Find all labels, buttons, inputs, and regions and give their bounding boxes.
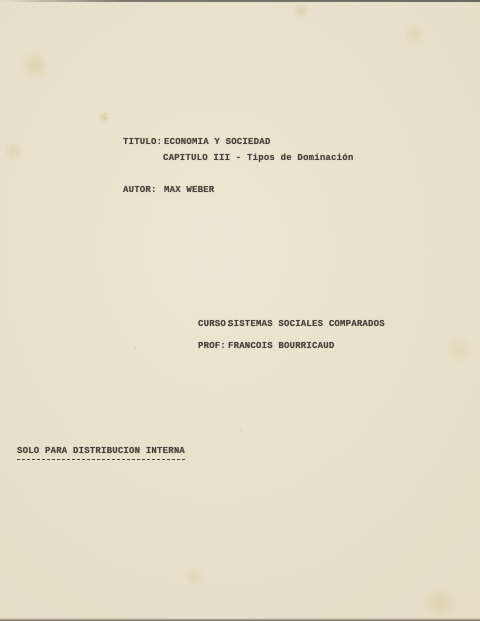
title-value: ECONOMIA Y SOCIEDAD [164, 137, 270, 148]
professor-label: PROF: [198, 341, 226, 352]
course-label: CURSO: [198, 319, 232, 330]
chapter-line: CAPITULO III - Tipos de Dominación [163, 153, 353, 164]
professor-value: FRANCOIS BOURRICAUD [228, 341, 334, 352]
title-label: TITULO: [123, 137, 162, 148]
distribution-notice: SOLO PARA DISTRIBUCION INTERNA [17, 446, 185, 460]
course-value: SISTEMAS SOCIALES COMPARADOS [228, 319, 385, 330]
paper-background [0, 0, 480, 621]
scanned-document: TITULO: ECONOMIA Y SOCIEDAD CAPITULO III… [0, 0, 480, 621]
author-value: MAX WEBER [164, 185, 214, 196]
scan-edge-top [0, 0, 480, 2]
author-label: AUTOR: [123, 185, 157, 196]
